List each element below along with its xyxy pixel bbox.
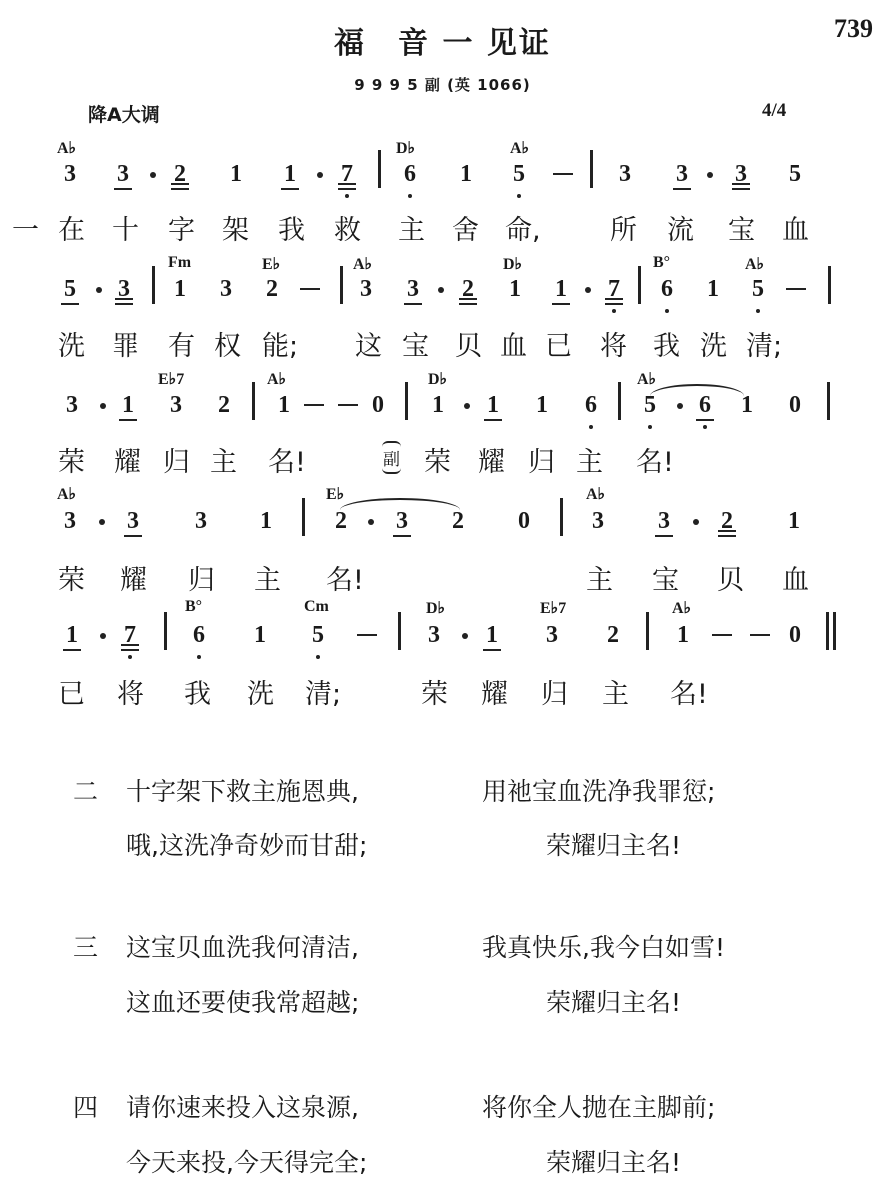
- chord: A♭: [745, 254, 764, 274]
- note: 3: [542, 623, 562, 647]
- note: 3: [113, 162, 133, 186]
- lyric: 舍: [452, 208, 479, 247]
- note: 6: [657, 277, 677, 301]
- note: 2: [717, 509, 737, 533]
- note: 5: [640, 393, 660, 417]
- lyric: 一: [12, 208, 39, 247]
- verse-line: 这血还要使我常超越;: [126, 983, 359, 1019]
- lyric: 将: [117, 672, 144, 711]
- verse-line: 用祂宝血洗净我罪愆;: [482, 772, 715, 808]
- lyric: 主: [210, 440, 237, 479]
- chord: E♭7: [158, 369, 184, 389]
- note: 1: [505, 277, 525, 301]
- note: 2: [262, 277, 282, 301]
- note: 3: [588, 509, 608, 533]
- lyric: 架: [222, 208, 249, 247]
- lyric: 这: [355, 324, 382, 363]
- note: 2: [331, 509, 351, 533]
- verse-line: 请你速来投入这泉源,: [126, 1088, 359, 1124]
- lyric: 清;: [746, 324, 782, 363]
- chord: E♭7: [540, 598, 566, 618]
- note: 1: [703, 277, 723, 301]
- note: 6: [581, 393, 601, 417]
- refrain-marker: 副: [382, 441, 401, 474]
- lyric: 宝: [728, 208, 755, 247]
- barline: [340, 266, 343, 304]
- hymn-title: 福 音 一 见证: [0, 18, 885, 62]
- augmentation-dot: [100, 633, 106, 639]
- augmentation-dot: [150, 172, 156, 178]
- augmentation-dot: [464, 403, 470, 409]
- note: 1: [482, 623, 502, 647]
- chord: Cm: [304, 598, 329, 616]
- hold-dash: [553, 173, 573, 175]
- lyric: 我: [184, 672, 211, 711]
- note: 1: [280, 162, 300, 186]
- augmentation-dot: [707, 172, 713, 178]
- barline: [398, 612, 401, 650]
- note: 3: [672, 162, 692, 186]
- note: 1: [250, 623, 270, 647]
- note: 2: [170, 162, 190, 186]
- chord: A♭: [637, 369, 656, 389]
- barline: [164, 612, 167, 650]
- note: 1: [62, 623, 82, 647]
- note: 1: [483, 393, 503, 417]
- lyric: 已: [58, 672, 85, 711]
- lyric: 荣: [58, 558, 85, 597]
- verse-number: 二: [73, 772, 98, 808]
- note: 1: [456, 162, 476, 186]
- barline: [252, 382, 255, 420]
- lyric: 宝: [652, 558, 679, 597]
- lyric: 荣: [58, 440, 85, 479]
- chord: D♭: [503, 254, 522, 274]
- note: 2: [448, 509, 468, 533]
- note: 3: [403, 277, 423, 301]
- lyric: 洗: [58, 324, 85, 363]
- lyric: 耀: [481, 672, 508, 711]
- barline: [618, 382, 621, 420]
- hold-dash: [712, 634, 732, 636]
- chord: A♭: [57, 138, 76, 158]
- note: 2: [214, 393, 234, 417]
- lyric: 耀: [120, 558, 147, 597]
- note: 3: [356, 277, 376, 301]
- verse-line: 哦,这洗净奇妙而甘甜;: [126, 826, 367, 862]
- note: 1: [737, 393, 757, 417]
- augmentation-dot: [462, 633, 468, 639]
- verse-line: 我真快乐,我今白如雪!: [482, 928, 725, 964]
- barline: [405, 382, 408, 420]
- lyric: 贝: [717, 558, 744, 597]
- barline: [302, 498, 305, 536]
- barline: [590, 150, 593, 188]
- verse-line: 荣耀归主名!: [546, 1143, 681, 1179]
- lyric: 贝: [455, 324, 482, 363]
- chord: E♭: [326, 484, 344, 504]
- lyric: 洗: [247, 672, 274, 711]
- chord: A♭: [57, 484, 76, 504]
- chord: E♭: [262, 254, 280, 274]
- note: 1: [784, 509, 804, 533]
- lyric: 耀: [478, 440, 505, 479]
- note: 1: [274, 393, 294, 417]
- lyric: 将: [600, 324, 627, 363]
- barline: [560, 498, 563, 536]
- augmentation-dot: [100, 403, 106, 409]
- chord: A♭: [353, 254, 372, 274]
- chord: A♭: [267, 369, 286, 389]
- note: 5: [509, 162, 529, 186]
- augmentation-dot: [585, 287, 591, 293]
- lyric: 已: [545, 324, 572, 363]
- chord: D♭: [428, 369, 447, 389]
- augmentation-dot: [99, 519, 105, 525]
- note: 3: [62, 393, 82, 417]
- lyric: 在: [58, 208, 85, 247]
- final-double-barline: [826, 612, 836, 650]
- note: 6: [400, 162, 420, 186]
- note: 3: [60, 509, 80, 533]
- note: 0: [785, 393, 805, 417]
- note: 1: [170, 277, 190, 301]
- augmentation-dot: [438, 287, 444, 293]
- note: 0: [368, 393, 388, 417]
- barline: [378, 150, 381, 188]
- lyric: 归: [541, 672, 568, 711]
- note: 3: [654, 509, 674, 533]
- lyric: 清;: [305, 672, 341, 711]
- hymn-number: 739: [834, 14, 873, 44]
- lyric: 主: [586, 558, 613, 597]
- note: 3: [123, 509, 143, 533]
- augmentation-dot: [96, 287, 102, 293]
- lyric: 荣: [424, 440, 451, 479]
- lyric: 荣: [421, 672, 448, 711]
- verse-line: 十字架下救主施恩典,: [126, 772, 359, 808]
- lyric: 所: [610, 208, 637, 247]
- chord: A♭: [510, 138, 529, 158]
- chord: D♭: [396, 138, 415, 158]
- chord: A♭: [672, 598, 691, 618]
- hold-dash: [300, 288, 320, 290]
- lyric: 字: [168, 208, 195, 247]
- note: 7: [337, 162, 357, 186]
- verse-line: 将你全人抛在主脚前;: [482, 1088, 715, 1124]
- hold-dash: [338, 404, 358, 406]
- note: 1: [118, 393, 138, 417]
- note: 7: [120, 623, 140, 647]
- lyric: 名!: [326, 558, 364, 597]
- key-signature: 降A大调: [88, 100, 160, 127]
- lyric: 血: [500, 324, 527, 363]
- hold-dash: [750, 634, 770, 636]
- verse-line: 荣耀归主名!: [546, 983, 681, 1019]
- lyric: 归: [528, 440, 555, 479]
- lyric: 主: [254, 558, 281, 597]
- note: 1: [428, 393, 448, 417]
- verse-line: 荣耀归主名!: [546, 826, 681, 862]
- barline: [827, 382, 830, 420]
- lyric: 名!: [636, 440, 674, 479]
- note: 5: [785, 162, 805, 186]
- barline: [638, 266, 641, 304]
- time-signature: 4/4: [762, 100, 786, 122]
- lyric: 十: [112, 208, 139, 247]
- lyric: 能;: [262, 324, 298, 363]
- lyric: 耀: [114, 440, 141, 479]
- note: 6: [695, 393, 715, 417]
- lyric: 血: [782, 558, 809, 597]
- note: 3: [166, 393, 186, 417]
- augmentation-dot: [677, 403, 683, 409]
- note: 1: [551, 277, 571, 301]
- note: 3: [424, 623, 444, 647]
- augmentation-dot: [317, 172, 323, 178]
- lyric: 主: [398, 208, 425, 247]
- verse-line: 这宝贝血洗我何清洁,: [126, 928, 359, 964]
- note: 0: [785, 623, 805, 647]
- note: 1: [532, 393, 552, 417]
- lyric: 罪: [112, 324, 139, 363]
- verse-number: 四: [73, 1088, 98, 1124]
- lyric: 主: [602, 672, 629, 711]
- lyric: 宝: [402, 324, 429, 363]
- lyric: 主: [576, 440, 603, 479]
- augmentation-dot: [368, 519, 374, 525]
- lyric: 流: [667, 208, 694, 247]
- note: 3: [392, 509, 412, 533]
- barline: [152, 266, 155, 304]
- hold-dash: [304, 404, 324, 406]
- lyric: 归: [188, 558, 215, 597]
- note: 5: [748, 277, 768, 301]
- chord: A♭: [586, 484, 605, 504]
- lyric: 有: [168, 324, 195, 363]
- barline: [646, 612, 649, 650]
- note: 1: [226, 162, 246, 186]
- note: 7: [604, 277, 624, 301]
- lyric: 命,: [505, 208, 541, 247]
- note: 3: [191, 509, 211, 533]
- augmentation-dot: [693, 519, 699, 525]
- note: 5: [308, 623, 328, 647]
- note: 6: [189, 623, 209, 647]
- lyric: 归: [163, 440, 190, 479]
- note: 3: [731, 162, 751, 186]
- note: 2: [458, 277, 478, 301]
- note: 3: [114, 277, 134, 301]
- note: 3: [60, 162, 80, 186]
- chord: D♭: [426, 598, 445, 618]
- hold-dash: [786, 288, 806, 290]
- lyric: 洗: [700, 324, 727, 363]
- note: 0: [514, 509, 534, 533]
- note: 1: [256, 509, 276, 533]
- verse-line: 今天来投,今天得完全;: [126, 1143, 367, 1179]
- lyric: 名!: [268, 440, 306, 479]
- meter-source: 9 9 9 5 副 (英 1066): [0, 74, 885, 95]
- note: 2: [603, 623, 623, 647]
- note: 3: [216, 277, 236, 301]
- lyric: 我: [278, 208, 305, 247]
- note: 1: [673, 623, 693, 647]
- chord: B°: [653, 254, 670, 272]
- note: 5: [60, 277, 80, 301]
- chord: Fm: [168, 254, 191, 272]
- hold-dash: [357, 634, 377, 636]
- note: 3: [615, 162, 635, 186]
- lyric: 救: [334, 208, 361, 247]
- chord: B°: [185, 598, 202, 616]
- lyric: 我: [653, 324, 680, 363]
- barline: [828, 266, 831, 304]
- lyric: 名!: [670, 672, 708, 711]
- lyric: 权: [214, 324, 241, 363]
- lyric: 血: [782, 208, 809, 247]
- verse-number: 三: [73, 928, 98, 964]
